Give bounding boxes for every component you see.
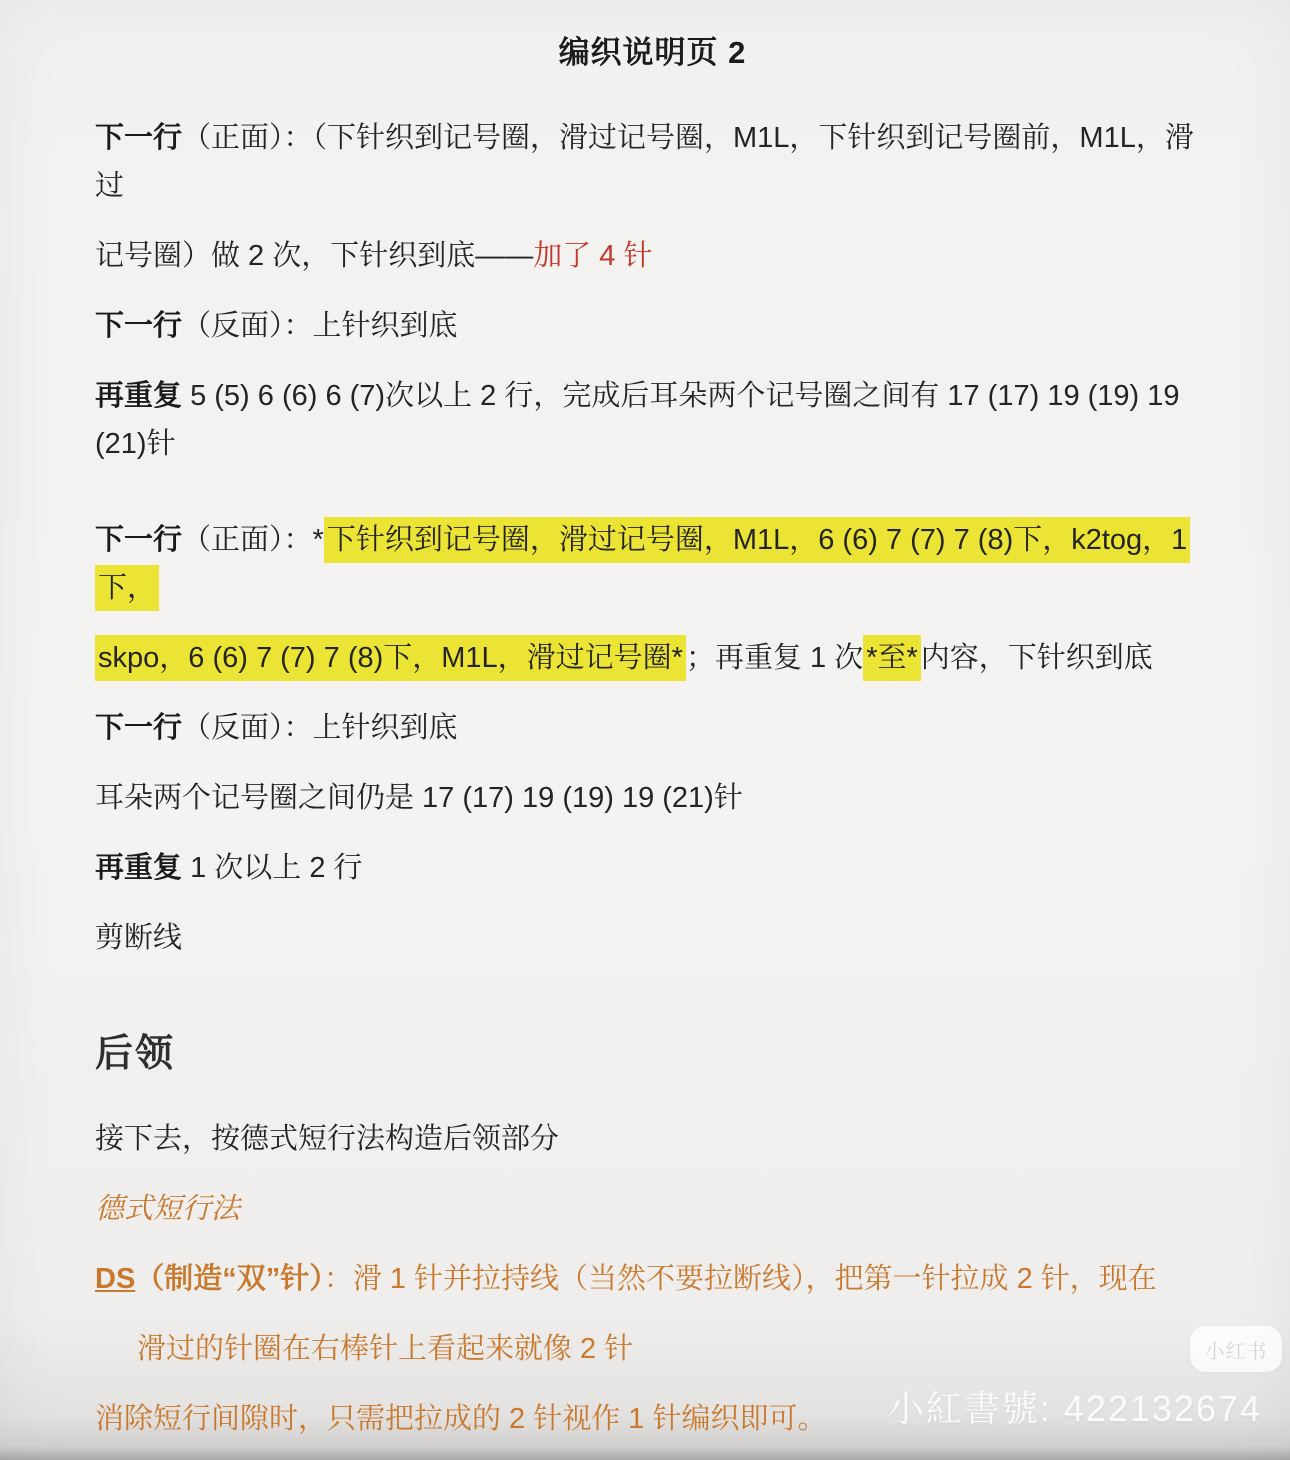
instruction-body: 下一行（正面）：（下针织到记号圈，滑过记号圈，M1L，下针织到记号圈前，M1L，… <box>95 114 1210 1443</box>
text-segment: （反面）：上针织到底 <box>182 712 458 744</box>
ds-definition-line-1: DS（制造“双”针）：滑 1 针并拉持线（当然不要拉断线），把第一针拉成 2 针… <box>95 1255 1210 1303</box>
text-segment: 5 (5) 6 (6) 6 (7)次以上 2 行，完成后耳朵两个记号圈之间有 1… <box>95 380 1180 460</box>
highlighted-text: 下针织到记号圈，滑过记号圈，M1L，6 (6) 7 (7) 7 (8)下，k2t… <box>324 517 1191 563</box>
repeat-rows-line: 再重复 5 (5) 6 (6) 6 (7)次以上 2 行，完成后耳朵两个记号圈之… <box>95 372 1210 468</box>
text-segment: 消除短行间隙时，只需把拉成的 2 针视作 1 针编织即可。 <box>95 1403 827 1435</box>
next-row-rs-line-1: 下一行（正面）：（下针织到记号圈，滑过记号圈，M1L，下针织到记号圈前，M1L，… <box>95 114 1210 210</box>
text-segment: 再重复 <box>95 852 182 884</box>
text-segment: 加了 4 针 <box>533 240 652 272</box>
text-segment: 内容，下针织到底 <box>921 642 1153 674</box>
next-row-ws-line-2: 下一行（反面）：上针织到底 <box>95 704 1210 752</box>
text-segment: 下一行 <box>95 712 182 744</box>
german-short-rows-label: 德式短行法 <box>95 1185 1210 1233</box>
text-segment: 再重复 <box>95 380 182 412</box>
text-segment: ：滑 1 针并拉持线（当然不要拉断线），把第一针拉成 2 针，现在 <box>324 1263 1157 1295</box>
xiaohongshu-badge-label: 小红书 <box>1205 1335 1268 1364</box>
text-segment: 德式短行法 <box>95 1193 240 1225</box>
back-neck-heading: 后领 <box>95 1026 1210 1082</box>
highlighted-text: skpo，6 (6) 7 (7) 7 (8)下，M1L，滑过记号圈* <box>95 635 686 681</box>
text-segment: 后领 <box>95 1033 175 1075</box>
next-row-rs-line-2: 记号圈）做 2 次，下针织到底——加了 4 针 <box>95 232 1210 280</box>
page-title: 编织说明页 2 <box>95 30 1210 76</box>
xiaohongshu-badge: 小红书 <box>1190 1326 1282 1372</box>
text-segment: 下一行 <box>95 524 182 556</box>
next-row-rs-highlighted-line-2: skpo，6 (6) 7 (7) 7 (8)下，M1L，滑过记号圈*；再重复 1… <box>95 634 1210 682</box>
text-segment: （反面）：上针织到底 <box>182 310 458 342</box>
back-neck-intro-line: 接下去，按德式短行法构造后领部分 <box>95 1115 1210 1163</box>
repeat-once-line: 再重复 1 次以上 2 行 <box>95 844 1210 892</box>
text-segment: 剪断线 <box>95 922 182 954</box>
highlighted-text: *至* <box>863 635 921 681</box>
text-segment: 滑过的针圈在右棒针上看起来就像 2 针 <box>137 1333 633 1365</box>
cut-yarn-line: 剪断线 <box>95 914 1210 962</box>
next-row-ws-line: 下一行（反面）：上针织到底 <box>95 302 1210 350</box>
ds-definition-line-2: 滑过的针圈在右棒针上看起来就像 2 针 <box>95 1325 1210 1373</box>
text-segment: 接下去，按德式短行法构造后领部分 <box>95 1123 559 1155</box>
stitch-count-line: 耳朵两个记号圈之间仍是 17 (17) 19 (19) 19 (21)针 <box>95 774 1210 822</box>
text-segment: （制造“双”针） <box>135 1263 324 1295</box>
text-segment: ；再重复 1 次 <box>686 642 863 674</box>
text-segment: 下一行 <box>95 310 182 342</box>
next-row-rs-highlighted-line-1: 下一行（正面）：*下针织到记号圈，滑过记号圈，M1L，6 (6) 7 (7) 7… <box>95 516 1210 612</box>
xiaohongshu-id-watermark: 小紅書號: 422132674 <box>888 1381 1262 1432</box>
text-segment: （正面）：（下针织到记号圈，滑过记号圈，M1L，下针织到记号圈前，M1L，滑过 <box>95 122 1194 202</box>
text-segment: DS <box>95 1263 135 1295</box>
text-segment: 记号圈）做 2 次，下针织到底—— <box>95 240 533 272</box>
text-segment: 下一行 <box>95 122 182 154</box>
text-segment: 1 次以上 2 行 <box>182 852 363 884</box>
highlighted-text: 下， <box>95 565 159 611</box>
text-segment: 耳朵两个记号圈之间仍是 17 (17) 19 (19) 19 (21)针 <box>95 782 743 814</box>
document-page: 编织说明页 2 下一行（正面）：（下针织到记号圈，滑过记号圈，M1L，下针织到记… <box>95 30 1210 1460</box>
text-segment: （正面）：* <box>182 524 324 556</box>
